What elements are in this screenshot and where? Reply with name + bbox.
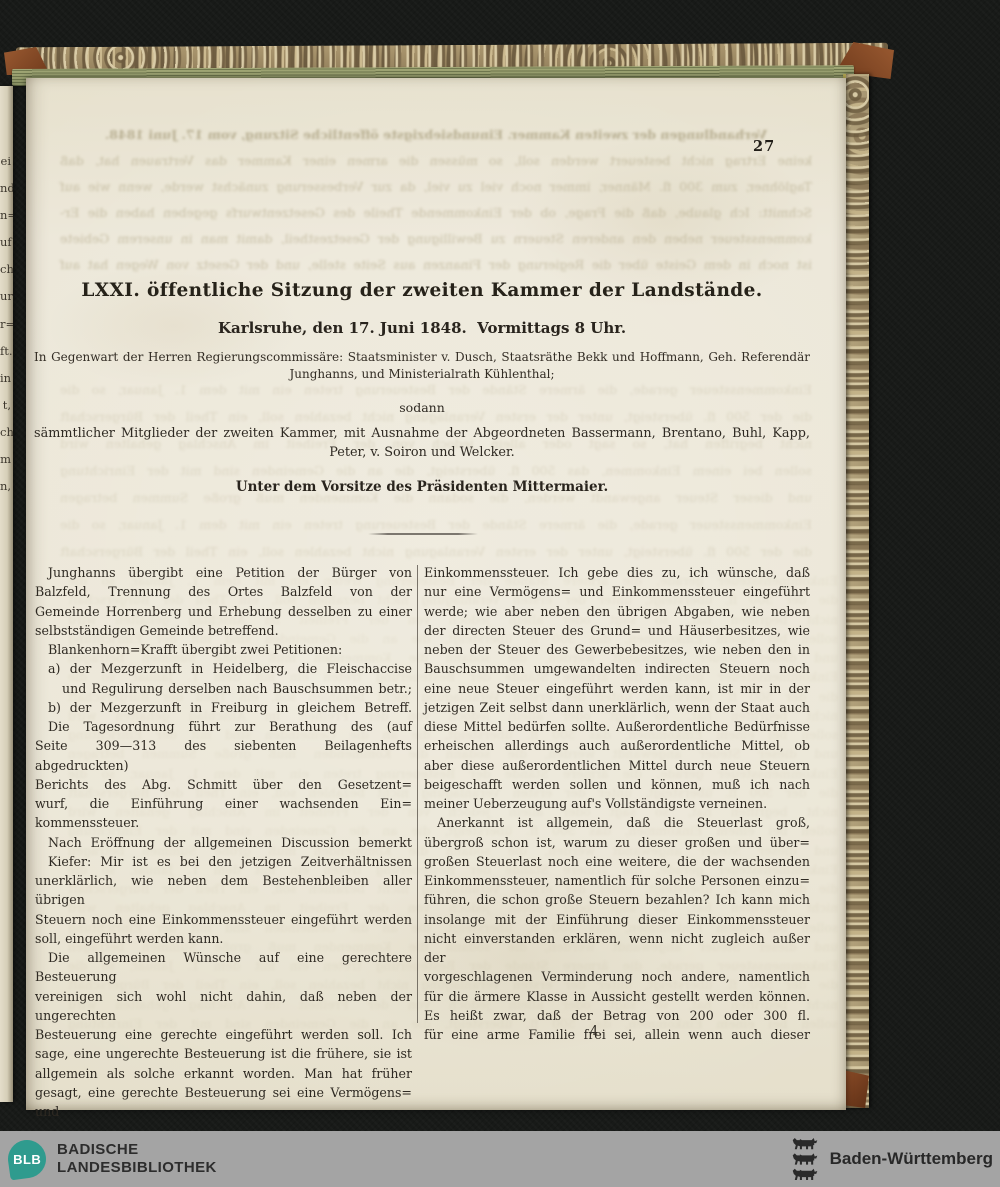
- text-line: ur: [0, 283, 13, 310]
- text-line: t,: [0, 392, 13, 419]
- text-line: soll, eingeführt werden kann.: [35, 929, 412, 948]
- text-line: sämmtlicher Mitglieder der zweiten Kamme…: [34, 424, 810, 443]
- text-line: eine neue Steuer eingeführt werden kann,…: [424, 679, 810, 698]
- text-line: vorgeschlagenen Verminderung noch andere…: [424, 967, 810, 986]
- facing-page-sliver: eindn=ufchurr=ft.int,chmn,: [0, 86, 13, 1102]
- text-line: Steuern noch eine Einkommenssteuer einge…: [35, 910, 412, 929]
- right-column: Einkommenssteuer. Ich gebe dies zu, ich …: [424, 563, 810, 1044]
- text-line: wurf, die Einführung einer wachsenden Ei…: [35, 794, 412, 813]
- text-line: In Gegenwart der Herren Regierungscommis…: [34, 349, 810, 366]
- left-column: Junghanns übergibt eine Petition der Bür…: [35, 563, 412, 1121]
- chair-line: Unter dem Vorsitze des Präsidenten Mitte…: [34, 479, 810, 495]
- text-line: für die ärmere Klasse in Aussicht gestel…: [424, 987, 810, 1006]
- text-line: jetzigen Zeit selbst dann unerklärlich, …: [424, 698, 810, 717]
- text-line: ch: [0, 256, 13, 283]
- text-line: ei: [0, 148, 13, 175]
- text-line: r=: [0, 311, 13, 338]
- text-line: werde; wie aber neben den übrigen Abgabe…: [424, 602, 810, 621]
- state-wordmark[interactable]: Baden-Württemberg: [790, 1137, 993, 1181]
- book-page: Verhandlungen der zweiten Kammer. Einund…: [26, 78, 846, 1110]
- text-line: selbstständigen Gemeinde betreffend.: [35, 621, 412, 640]
- text-line: Junghanns übergibt eine Petition der Bür…: [35, 563, 412, 582]
- viewer-footer: BLB BADISCHE LANDESBIBLIOTHEK Baden-Würt…: [0, 1131, 1000, 1187]
- members-paragraph: sämmtlicher Mitglieder der zweiten Kamme…: [34, 424, 810, 462]
- text-line: in: [0, 365, 13, 392]
- bw-coat-of-arms-icon: [790, 1137, 820, 1181]
- viewer-stage: eindn=ufchurr=ft.int,chmn, Verhandlungen…: [0, 0, 1000, 1187]
- text-line: diese Mittel bedürfen sollte. Außerorden…: [424, 717, 810, 736]
- text-line: Es heißt zwar, daß der Betrag von 200 od…: [424, 1006, 810, 1025]
- blb-logo-text: BLB: [13, 1152, 41, 1167]
- separator-rule: [368, 533, 478, 535]
- blb-logo[interactable]: BLB: [6, 1138, 49, 1181]
- text-line: nur eine Vermögens= und Einkommenssteuer…: [424, 582, 810, 601]
- library-name-link[interactable]: BADISCHE LANDESBIBLIOTHEK: [57, 1141, 217, 1177]
- text-line: Junghanns, und Ministerialrath Kühlentha…: [34, 366, 810, 383]
- text-line: Blankenhorn=Krafft übergibt zwei Petitio…: [35, 640, 412, 659]
- text-line: ft.: [0, 338, 13, 365]
- library-name-line2: LANDESBIBLIOTHEK: [57, 1159, 217, 1177]
- text-line: nd: [0, 175, 13, 202]
- text-line: Die allgemeinen Wünsche auf eine gerecht…: [35, 948, 412, 987]
- library-name-line1: BADISCHE: [57, 1141, 217, 1159]
- text-line: beigeschafft werden sollen und können, m…: [424, 775, 810, 794]
- page-number: 27: [753, 138, 775, 155]
- text-line: meiner Ueberzeugung auf's Vollständigste…: [424, 794, 810, 813]
- text-line: nicht einverstanden erklären, wenn nicht…: [424, 929, 810, 968]
- text-line: vereinigen sich wohl nicht dahin, daß ne…: [35, 987, 412, 1026]
- text-line: Seite 309—313 des siebenten Beilagenheft…: [35, 736, 412, 775]
- text-line: uf: [0, 229, 13, 256]
- text-line: insolange mit der Einführung dieser Eink…: [424, 910, 810, 929]
- text-line: übergroß schon ist, warum zu dieser groß…: [424, 833, 810, 852]
- text-line: Peter, v. Soiron und Welcker.: [34, 443, 810, 462]
- text-line: a) der Mezgerzunft in Heidelberg, die Fl…: [35, 659, 412, 678]
- text-line: erheischen allerdings auch außerordentli…: [424, 736, 810, 755]
- page-content: LXXI. öffentliche Sitzung der zweiten Ka…: [34, 78, 810, 1110]
- text-line: b) der Mezgerzunft in Freiburg in gleich…: [35, 698, 412, 717]
- text-line: Berichts des Abg. Schmitt über den Geset…: [35, 775, 412, 794]
- text-line: großen Steuerlast noch eine weitere, die…: [424, 852, 810, 871]
- attendance-paragraph: In Gegenwart der Herren Regierungscommis…: [34, 349, 810, 383]
- column-divider: [417, 565, 418, 1023]
- text-line: führen, die schon große Steuern bezahlen…: [424, 890, 810, 909]
- text-line: gesagt, eine gerechte Besteuerung sei ei…: [35, 1083, 412, 1122]
- signature-mark: 4.: [590, 1024, 620, 1039]
- session-title: LXXI. öffentliche Sitzung der zweiten Ka…: [34, 280, 810, 301]
- facing-page-text-fragments: eindn=ufchurr=ft.int,chmn,: [0, 86, 13, 500]
- text-line: Einkommenssteuer, namentlich für solche …: [424, 871, 810, 890]
- text-line: n,: [0, 473, 13, 500]
- dateline: Karlsruhe, den 17. Juni 1848. Vormittags…: [34, 319, 810, 337]
- sodann-line: sodann: [34, 400, 810, 415]
- text-line: Bauschsummen umgewandelten indirecten St…: [424, 659, 810, 678]
- text-line: der directen Steuer des Grund= und Häuse…: [424, 621, 810, 640]
- text-line: Gemeinde Horrenberg und Erhebung desselb…: [35, 602, 412, 621]
- text-line: kommenssteuer.: [35, 813, 412, 832]
- text-line: Balzfeld, Trennung des Ortes Balzfeld vo…: [35, 582, 412, 601]
- text-line: ch: [0, 419, 13, 446]
- leather-corner-bottom-right: [843, 1070, 869, 1108]
- marbled-endpaper-strip: [843, 74, 869, 1108]
- state-name-label: Baden-Württemberg: [830, 1149, 993, 1169]
- text-line: Besteuerung eine gerechte eingeführt wer…: [35, 1025, 412, 1044]
- text-line: aber diese außerordentlichen Mittel durc…: [424, 756, 810, 775]
- text-line: unerklärlich, wie neben dem Bestehenblei…: [35, 871, 412, 910]
- text-line: allgemein als solche erkannt worden. Man…: [35, 1064, 412, 1083]
- text-line: Anerkannt ist allgemein, daß die Steuerl…: [424, 813, 810, 832]
- text-line: und Regulirung derselben nach Bauschsumm…: [35, 679, 412, 698]
- text-line: Die Tagesordnung führt zur Berathung des…: [35, 717, 412, 736]
- text-line: m: [0, 446, 13, 473]
- text-line: sage, eine ungerechte Besteuerung ist di…: [35, 1044, 412, 1063]
- text-line: Kiefer: Mir ist es bei den jetzigen Zeit…: [35, 852, 412, 871]
- text-line: Nach Eröffnung der allgemeinen Discussio…: [35, 833, 412, 852]
- text-line: neben der Steuer des Gewerbebesitzes, wi…: [424, 640, 810, 659]
- text-line: n=: [0, 202, 13, 229]
- text-line: Einkommenssteuer. Ich gebe dies zu, ich …: [424, 563, 810, 582]
